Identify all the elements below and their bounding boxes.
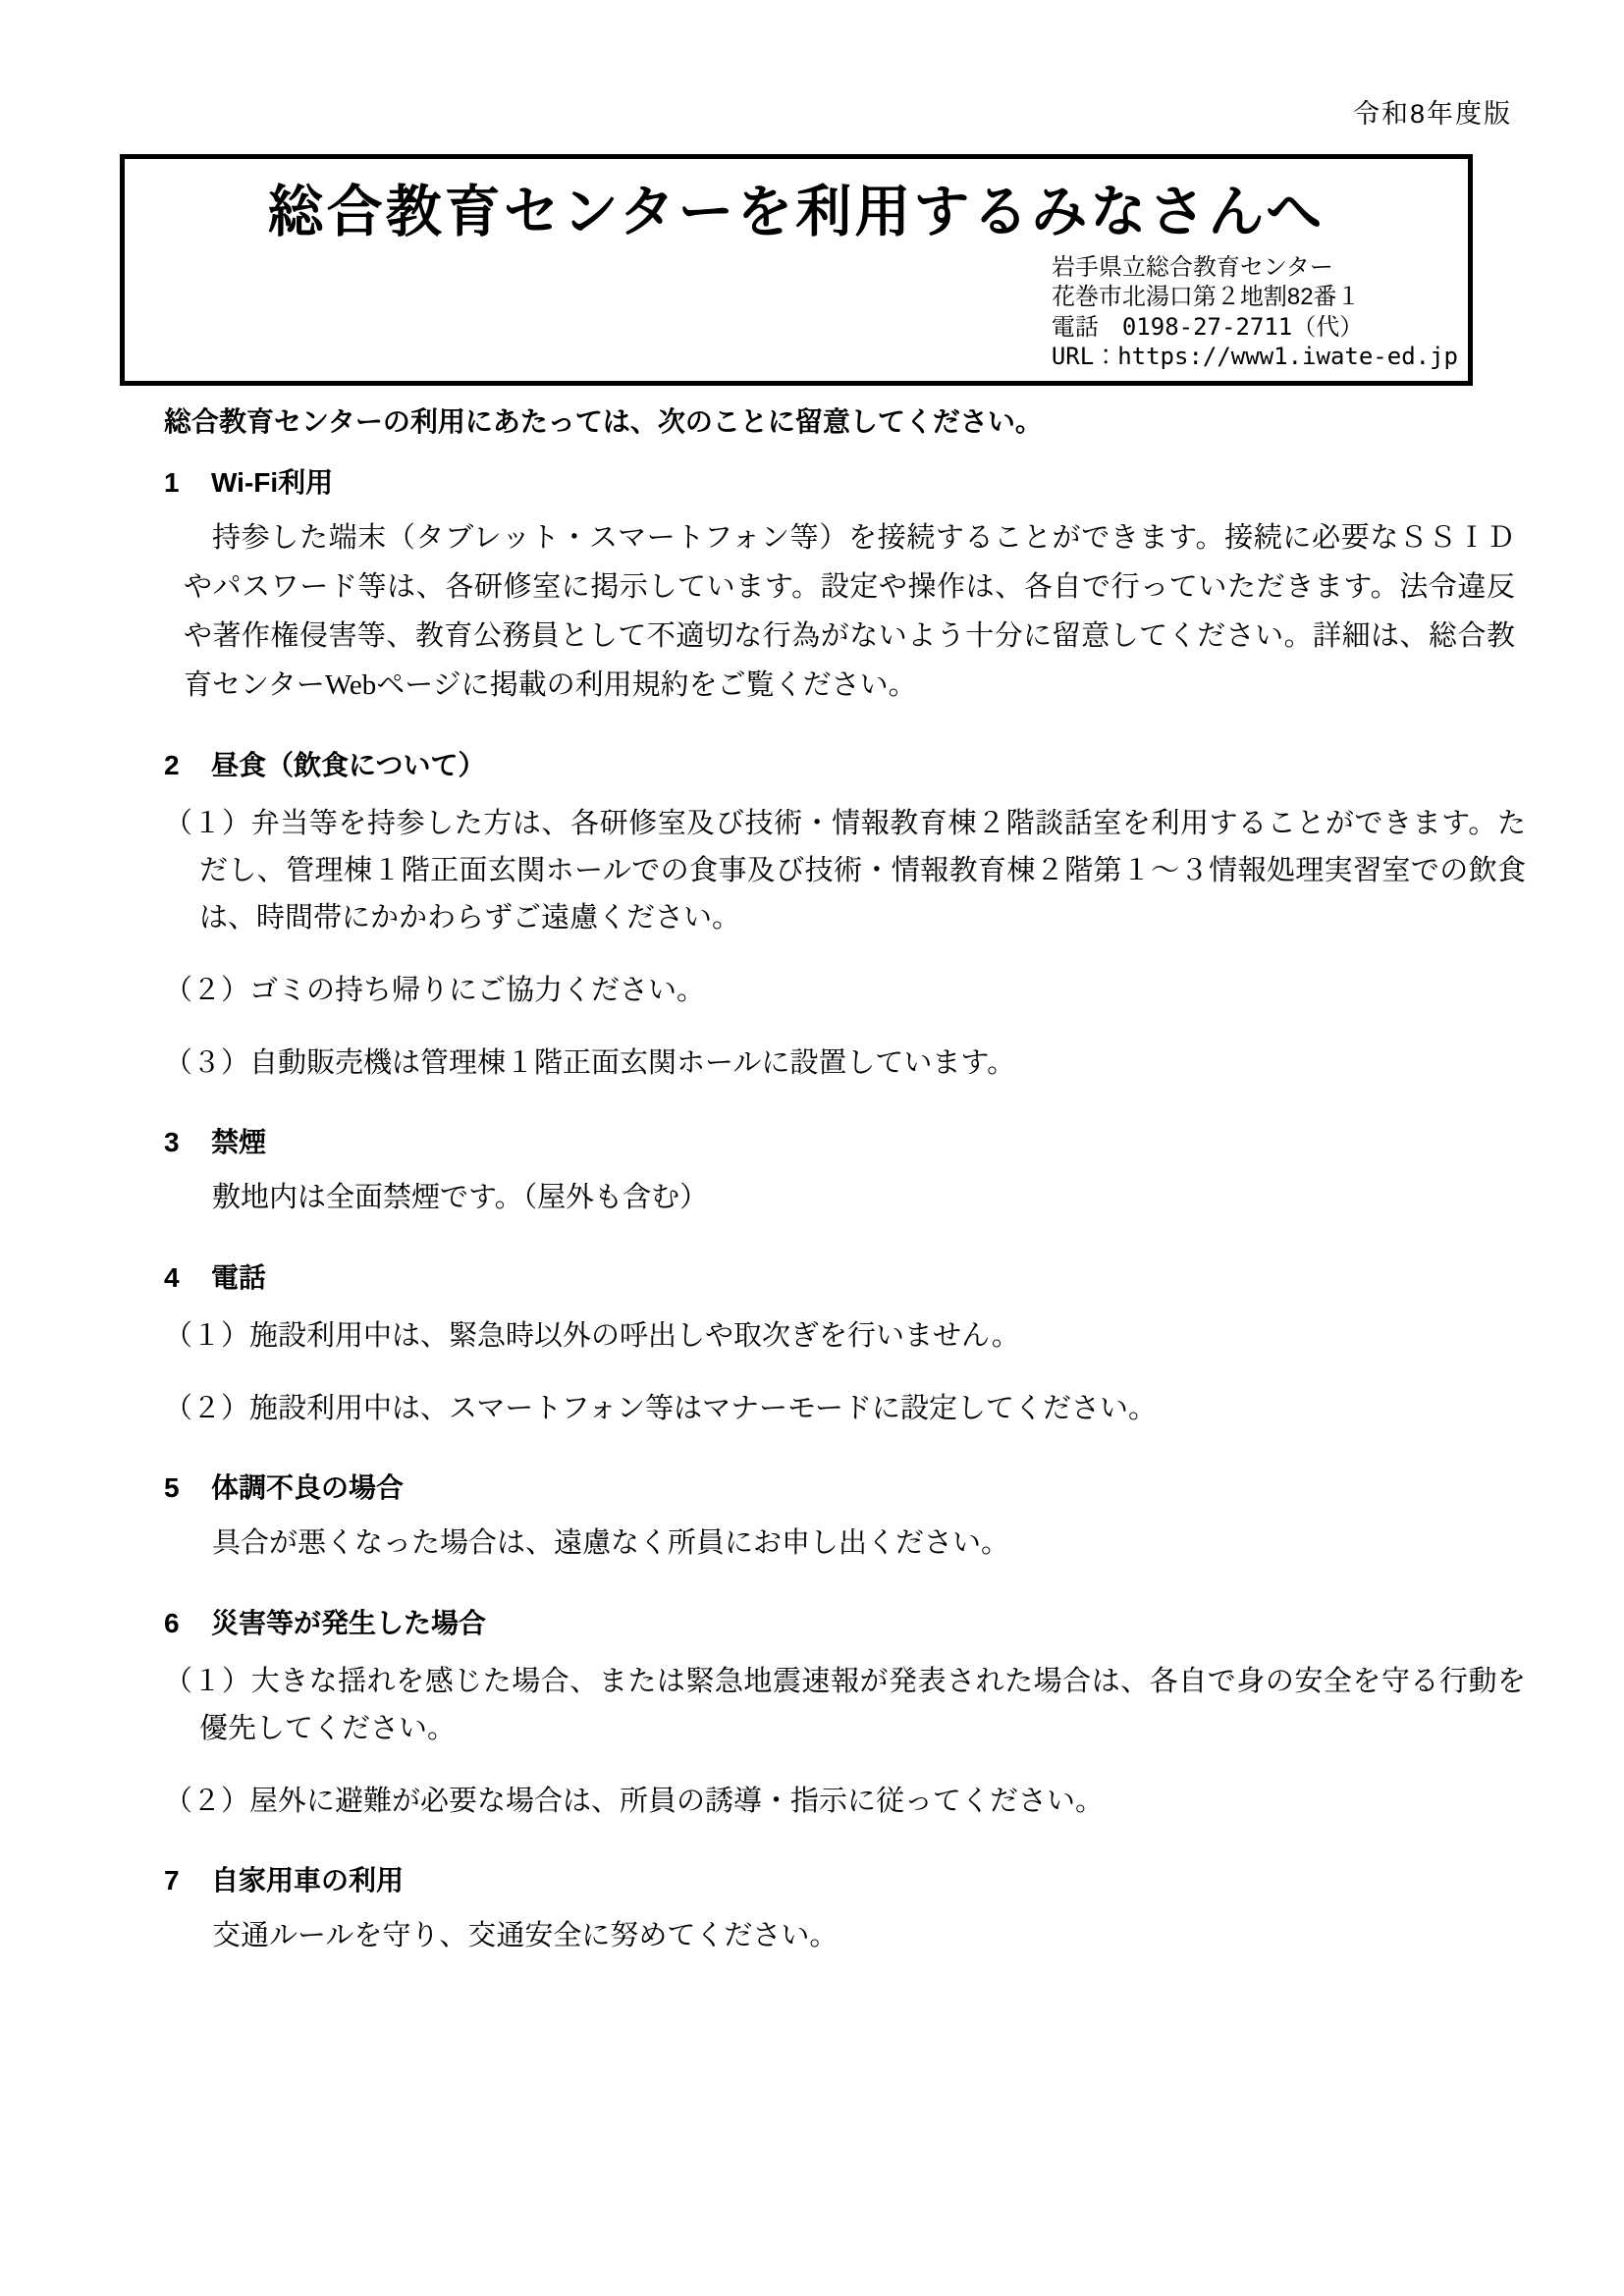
section-heading: 6災害等が発生した場合 [164,1607,1526,1640]
section-paragraph: 敷地内は全面禁煙です。（屋外も含む） [184,1173,1515,1222]
item-marker: （２） [164,1393,249,1424]
section-paragraph: 具合が悪くなった場合は、遠慮なく所員にお申し出ください。 [184,1519,1515,1568]
section-heading: 2昼食（飲食について） [164,749,1526,782]
section-private-car: 7自家用車の利用 交通ルールを守り、交通安全に努めてください。 [164,1864,1526,1960]
item-text: ゴミの持ち帰りにご協力ください。 [249,975,705,1006]
organization-url: URL：https://www1.iwate-ed.jp [1052,342,1458,371]
list-item: （２）施設利用中は、スマートフォン等はマナーモードに設定してください。 [164,1385,1526,1432]
section-number: 7 [164,1864,211,1897]
section-title: 電話 [211,1262,266,1293]
section-heading: 5体調不良の場合 [164,1471,1526,1505]
section-wifi: 1Wi-Fi利用 持参した端末（タブレット・スマートフォン等）を接続することがで… [164,466,1526,710]
item-text: 自動販売機は管理棟１階正面玄関ホールに設置しています。 [249,1047,1015,1079]
section-no-smoking: 3禁煙 敷地内は全面禁煙です。（屋外も含む） [164,1126,1526,1222]
title-box: 総合教育センターを利用するみなさんへ 岩手県立総合教育センター 花巻市北湯口第２… [120,154,1473,386]
section-number: 5 [164,1471,211,1505]
item-text: 施設利用中は、スマートフォン等はマナーモードに設定してください。 [249,1393,1157,1424]
section-title: 昼食（飲食について） [211,750,485,780]
item-marker: （２） [164,975,249,1006]
list-item: （３）自動販売機は管理棟１階正面玄関ホールに設置しています。 [164,1040,1526,1087]
intro-text: 総合教育センターの利用にあたっては、次のことに留意してください。 [164,405,1526,439]
section-number: 4 [164,1261,211,1295]
section-title: 禁煙 [211,1127,266,1157]
item-marker: （２） [164,1786,249,1817]
section-number: 6 [164,1607,211,1640]
item-text: 屋外に避難が必要な場合は、所員の誘導・指示に従ってください。 [249,1786,1104,1817]
item-marker: （１） [164,808,251,839]
section-title: 体調不良の場合 [211,1472,404,1503]
list-item: （２）屋外に避難が必要な場合は、所員の誘導・指示に従ってください。 [164,1778,1526,1825]
section-number: 1 [164,466,211,500]
item-text: 施設利用中は、緊急時以外の呼出しや取次ぎを行いません。 [249,1320,1020,1352]
document-title: 総合教育センターを利用するみなさんへ [125,159,1468,247]
section-feeling-unwell: 5体調不良の場合 具合が悪くなった場合は、遠慮なく所員にお申し出ください。 [164,1471,1526,1568]
list-item: （１）大きな揺れを感じた場合、または緊急地震速報が発表された場合は、各自で身の安… [164,1658,1526,1752]
item-marker: （１） [164,1320,249,1352]
organization-address: 花巻市北湯口第２地割82番１ [1052,283,1458,312]
section-title: 自家用車の利用 [211,1865,404,1896]
section-paragraph: 交通ルールを守り、交通安全に努めてください。 [184,1911,1515,1960]
section-disaster: 6災害等が発生した場合 （１）大きな揺れを感じた場合、または緊急地震速報が発表さ… [164,1607,1526,1825]
section-heading: 3禁煙 [164,1126,1526,1159]
section-number: 2 [164,749,211,782]
organization-name: 岩手県立総合教育センター [1052,253,1458,283]
item-marker: （１） [164,1666,251,1697]
item-text: 弁当等を持参した方は、各研修室及び技術・情報教育棟２階談話室を利用することができ… [199,808,1526,934]
edition-label: 令和8年度版 [98,98,1512,130]
section-number: 3 [164,1126,211,1159]
list-item: （２）ゴミの持ち帰りにご協力ください。 [164,967,1526,1014]
section-title: 災害等が発生した場合 [211,1608,486,1638]
organization-phone: 電話 0198-27-2711（代） [1052,312,1458,342]
section-heading: 1Wi-Fi利用 [164,466,1526,500]
section-telephone: 4電話 （１）施設利用中は、緊急時以外の呼出しや取次ぎを行いません。 （２）施設… [164,1261,1526,1432]
section-paragraph: 持参した端末（タブレット・スマートフォン等）を接続することができます。接続に必要… [184,513,1515,710]
section-heading: 4電話 [164,1261,1526,1295]
section-lunch: 2昼食（飲食について） （１）弁当等を持参した方は、各研修室及び技術・情報教育棟… [164,749,1526,1087]
document-page: 令和8年度版 総合教育センターを利用するみなさんへ 岩手県立総合教育センター 花… [0,0,1624,2296]
list-item: （１）弁当等を持参した方は、各研修室及び技術・情報教育棟２階談話室を利用すること… [164,800,1526,941]
section-heading: 7自家用車の利用 [164,1864,1526,1897]
contact-block: 岩手県立総合教育センター 花巻市北湯口第２地割82番１ 電話 0198-27-2… [1052,253,1458,371]
item-marker: （３） [164,1047,249,1079]
list-item: （１）施設利用中は、緊急時以外の呼出しや取次ぎを行いません。 [164,1312,1526,1360]
item-text: 大きな揺れを感じた場合、または緊急地震速報が発表された場合は、各自で身の安全を守… [199,1666,1526,1744]
section-title: Wi-Fi利用 [211,467,333,498]
